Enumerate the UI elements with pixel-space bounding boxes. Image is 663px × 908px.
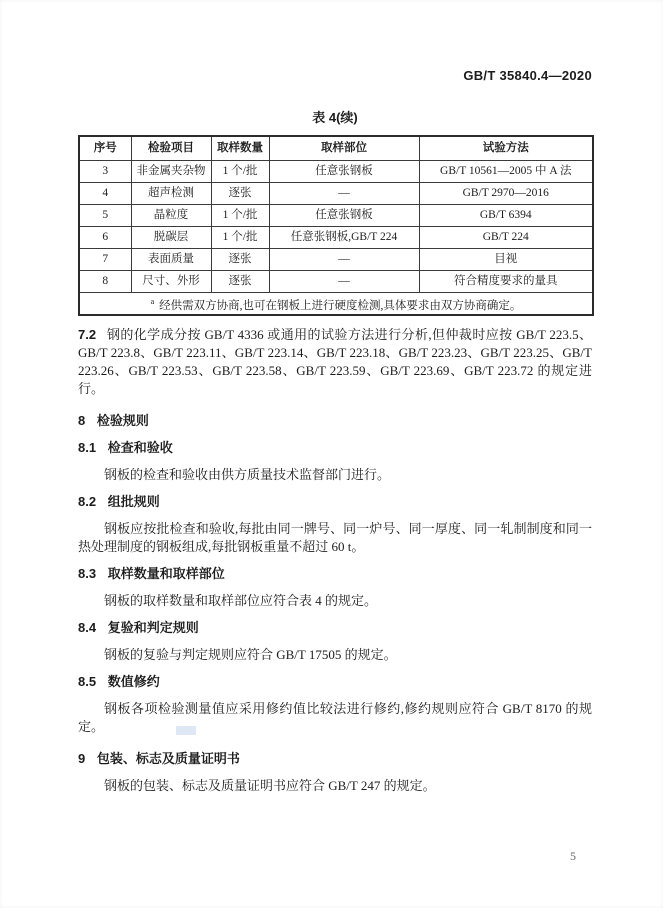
section-heading: 8检验规则 [78,412,592,430]
table-cell: 1 个/批 [211,227,269,249]
section-number: 8.5 [78,674,96,689]
body-paragraph: 钢板应按批检查和验收,每批由同一牌号、同一炉号、同一厚度、同一轧制制度和同一热处… [78,520,592,556]
table-cell: GB/T 2970—2016 [419,183,593,205]
table-cell: — [269,183,419,205]
table-row: 6脱碳层1 个/批任意张钢板,GB/T 224GB/T 224 [79,227,593,249]
body-paragraph: 钢板的取样数量和取样部位应符合表 4 的规定。 [78,592,592,610]
section-heading: 8.4复验和判定规则 [78,619,592,637]
table-header-row: 序号检验项目取样数量取样部位试验方法 [79,136,593,161]
table-cell: 5 [79,205,131,227]
table-footnote-cell: a经供需双方协商,也可在钢板上进行硬度检测,具体要求由双方协商确定。 [79,293,593,316]
section-number: 8.2 [78,494,96,509]
table-row: 5晶粒度1 个/批任意张钢板GB/T 6394 [79,205,593,227]
table-row: 8尺寸、外形逐张—符合精度要求的量具 [79,271,593,293]
table-cell: 非金属夹杂物 [131,161,211,183]
table-cell: 1 个/批 [211,161,269,183]
table-cell: 逐张 [211,183,269,205]
table-cell: — [269,271,419,293]
table-cell: 1 个/批 [211,205,269,227]
sampling-table-body: 3非金属夹杂物1 个/批任意张钢板GB/T 10561—2005 中 A 法4超… [79,161,593,293]
section-number: 8.4 [78,620,96,635]
section-heading: 9包装、标志及质量证明书 [78,750,592,768]
table-cell: 尺寸、外形 [131,271,211,293]
table-cell: 逐张 [211,271,269,293]
table-cell: GB/T 6394 [419,205,593,227]
table-cell: GB/T 224 [419,227,593,249]
body-paragraph: 钢板的包装、标志及质量证明书应符合 GB/T 247 的规定。 [78,777,592,795]
table-cell: 逐张 [211,249,269,271]
sampling-table: 序号检验项目取样数量取样部位试验方法 3非金属夹杂物1 个/批任意张钢板GB/T… [78,135,594,316]
table-row: 3非金属夹杂物1 个/批任意张钢板GB/T 10561—2005 中 A 法 [79,161,593,183]
table-cell: 4 [79,183,131,205]
document-page: GB/T 35840.4—2020 表 4(续) 序号检验项目取样数量取样部位试… [0,0,663,908]
footnote-marker: a [151,297,155,306]
scan-artifact [176,726,196,735]
sections: 7.2钢的化学成分按 GB/T 4336 或通用的试验方法进行分析,但仲裁时应按… [78,326,592,795]
table-footnote-row: a经供需双方协商,也可在钢板上进行硬度检测,具体要求由双方协商确定。 [79,293,593,316]
page-number: 5 [570,849,576,864]
section-heading: 8.1检查和验收 [78,439,592,457]
table-header-cell: 序号 [79,136,131,161]
table-cell: 任意张钢板,GB/T 224 [269,227,419,249]
table-row: 4超声检测逐张—GB/T 2970—2016 [79,183,593,205]
table-cell: 3 [79,161,131,183]
table-cell: 7 [79,249,131,271]
body-paragraph: 钢板的复验与判定规则应符合 GB/T 17505 的规定。 [78,646,592,664]
body-paragraph: 钢板各项检验测量值应采用修约值比较法进行修约,修约规则应符合 GB/T 8170… [78,700,592,736]
table-cell: 晶粒度 [131,205,211,227]
table-header-cell: 取样数量 [211,136,269,161]
table-cell: 超声检测 [131,183,211,205]
section-number: 7.2 [78,327,96,342]
table-cell: 目视 [419,249,593,271]
table-cell: 任意张钢板 [269,205,419,227]
table-cell: — [269,249,419,271]
section-number: 8.1 [78,440,96,455]
section-heading: 8.3取样数量和取样部位 [78,565,592,583]
table-header-cell: 检验项目 [131,136,211,161]
table-cell: 6 [79,227,131,249]
table-row: 7表面质量逐张—目视 [79,249,593,271]
standard-number-header: GB/T 35840.4—2020 [78,68,592,84]
section-number: 8 [78,413,85,428]
section-heading: 8.2组批规则 [78,493,592,511]
table-cell: 8 [79,271,131,293]
section-number: 8.3 [78,566,96,581]
body-paragraph: 钢板的检查和验收由供方质量技术监督部门进行。 [78,466,592,484]
table-cell: 表面质量 [131,249,211,271]
footnote-text: 经供需双方协商,也可在钢板上进行硬度检测,具体要求由双方协商确定。 [159,299,521,311]
section-heading: 8.5数值修约 [78,673,592,691]
table-cell: 脱碳层 [131,227,211,249]
table-cell: GB/T 10561—2005 中 A 法 [419,161,593,183]
clause-paragraph: 7.2钢的化学成分按 GB/T 4336 或通用的试验方法进行分析,但仲裁时应按… [78,326,592,398]
section-number: 9 [78,751,85,766]
table-header-cell: 试验方法 [419,136,593,161]
table-caption: 表 4(续) [78,110,592,126]
table-cell: 任意张钢板 [269,161,419,183]
table-cell: 符合精度要求的量具 [419,271,593,293]
document-content: GB/T 35840.4—2020 表 4(续) 序号检验项目取样数量取样部位试… [78,68,592,795]
table-header-cell: 取样部位 [269,136,419,161]
